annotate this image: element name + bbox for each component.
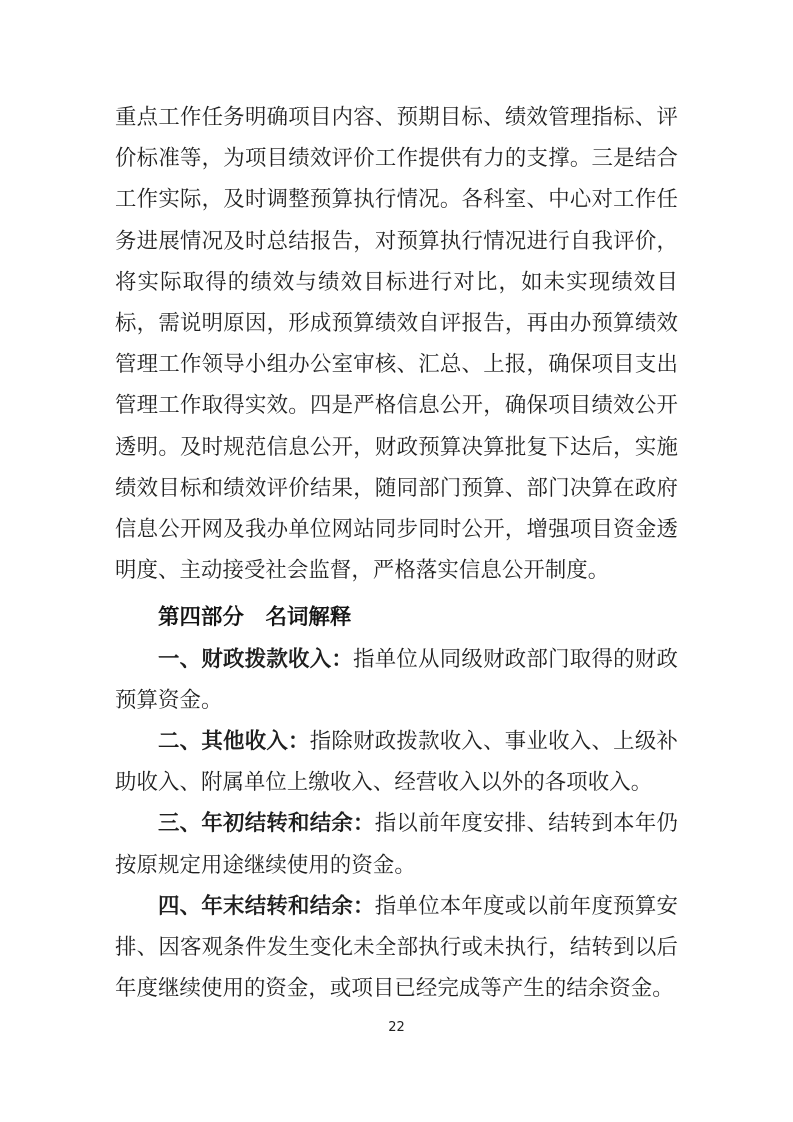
term-definition-beginning-year-carryover: 三、年初结转和结余：指以前年度安排、结转到本年仍按原规定用途继续使用的资金。 [115,803,678,885]
term-definition-fiscal-appropriation: 一、财政拨款收入：指单位从同级财政部门取得的财政预算资金。 [115,639,678,721]
document-page: 重点工作任务明确项目内容、预期目标、绩效管理指标、评价标准等，为项目绩效评价工作… [0,0,793,1122]
document-content: 重点工作任务明确项目内容、预期目标、绩效管理指标、评价标准等，为项目绩效评价工作… [115,97,678,1009]
paragraph-performance-management: 重点工作任务明确项目内容、预期目标、绩效管理指标、评价标准等，为项目绩效评价工作… [115,97,678,591]
page-number: 22 [0,1020,793,1035]
term-name: 二、其他收入： [158,729,310,753]
term-definition-other-income: 二、其他收入：指除财政拨款收入、事业收入、上级补助收入、附属单位上缴收入、经营收… [115,721,678,803]
section-heading-glossary: 第四部分 名词解释 [115,597,678,638]
term-name: 一、财政拨款收入： [158,647,353,671]
term-definition-year-end-carryover: 四、年末结转和结余：指单位本年度或以前年度预算安排、因客观条件发生变化未全部执行… [115,886,678,1010]
term-name: 三、年初结转和结余： [158,811,375,835]
term-name: 四、年末结转和结余： [158,894,375,918]
